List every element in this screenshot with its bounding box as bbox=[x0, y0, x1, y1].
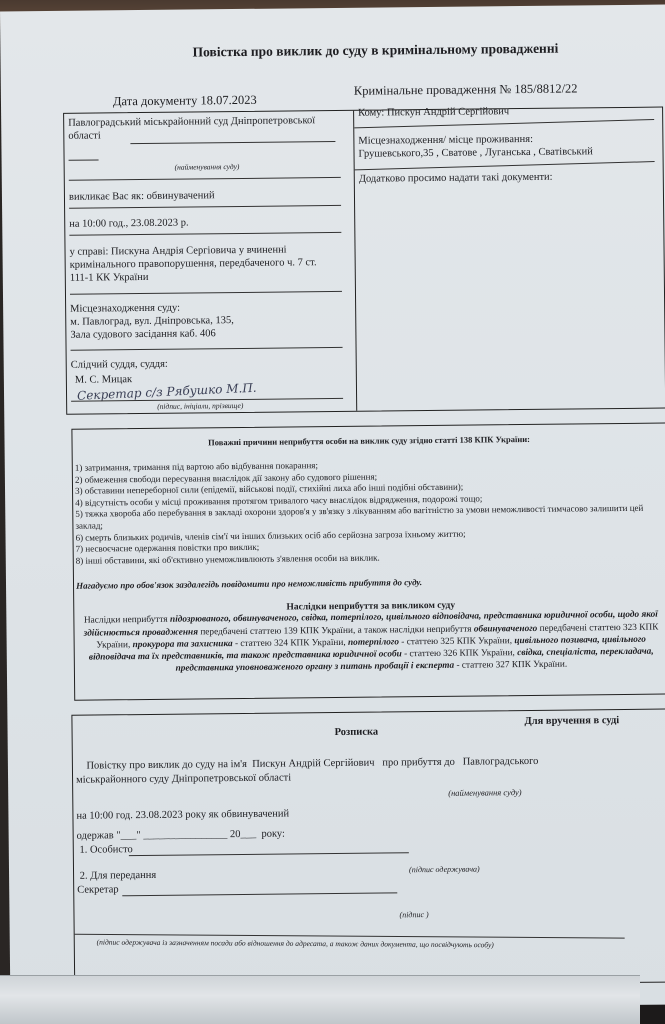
receipt-datetime: на 10:00 год. 23.08.2023 року як обвинув… bbox=[76, 804, 636, 823]
document-date: Дата документу 18.07.2023 bbox=[113, 93, 257, 110]
divider bbox=[69, 177, 341, 181]
recipient-column: Кому: Пискун Андрій Сергійович Місцезнах… bbox=[354, 108, 665, 411]
summoned-as: викликає Вас як: обвинувачений bbox=[69, 188, 336, 204]
divider bbox=[71, 347, 343, 351]
reasons-list: 1) затримання, тримання під вартою або в… bbox=[75, 457, 665, 568]
receipt-title: Розписка bbox=[335, 727, 379, 738]
reminder-note: Нагадуємо про обов'язок заздалегідь пові… bbox=[76, 575, 665, 591]
judge-label: Слідчий суддя, суддя: bbox=[71, 356, 338, 372]
consequence-text: - статтею 325 КПК України, bbox=[399, 636, 515, 647]
recipient-residence: Місцезнаходження/ місце проживання: Груш… bbox=[358, 132, 658, 161]
court-location: Місцезнаходження суду: м. Павлоград, вул… bbox=[70, 300, 337, 342]
case-number: Кримінальне провадження № 185/8812/22 bbox=[354, 81, 578, 98]
court-details-column: Павлоградський міськрайонний суд Дніпроп… bbox=[64, 111, 357, 414]
consequence-emphasis: обвинуваченого bbox=[474, 623, 538, 634]
divider bbox=[69, 205, 341, 209]
hearing-datetime: на 10:00 год., 23.08.2023 р. bbox=[69, 215, 336, 231]
consequence-text: передбачені статтею 139 КПК України, а т… bbox=[198, 624, 474, 637]
divider bbox=[70, 291, 342, 295]
consequence-emphasis: прокурора та захисника bbox=[133, 639, 233, 650]
recipient-name: Кому: Пискун Андрій Сергійович bbox=[358, 104, 644, 120]
document-title: Повістка про виклик до суду в кримінальн… bbox=[165, 40, 585, 60]
signature-caption: (підпис, ініціали, прізвище) bbox=[157, 401, 243, 411]
documents-request: Додатково просимо надати такі документи: bbox=[359, 170, 645, 186]
consequence-emphasis: потерпілого bbox=[348, 637, 399, 648]
residence-value: Грушевського,35 , Сватове , Луганська , … bbox=[358, 145, 658, 161]
location-room: Зала судового засідання каб. 406 bbox=[70, 326, 337, 342]
absence-reasons-box: Поважні причини неприбуття особи на викл… bbox=[71, 423, 665, 701]
summons-page: Повістка про виклик до суду в кримінальн… bbox=[0, 5, 665, 1012]
divider bbox=[355, 161, 655, 170]
divider bbox=[69, 232, 341, 236]
case-line: 111-1 КК України bbox=[70, 269, 337, 285]
court-name-line1: Павлоградський міськрайонний суд Дніпроп… bbox=[68, 114, 335, 130]
secretary-signature-caption: (підпис ) bbox=[399, 910, 428, 919]
case-description: у справі: Пискуна Андрія Сергіовича у вч… bbox=[69, 243, 336, 285]
court-caption: (найменування суду) bbox=[175, 162, 240, 172]
consequences-text: Наслідки неприбуття підозрюваного, обвин… bbox=[74, 609, 665, 676]
footer-caption: (підпис одержувача із зазначенням посади… bbox=[97, 938, 494, 950]
for-court-delivery: Для вручення в суді bbox=[524, 715, 619, 727]
consequence-text: - статтею 326 КПК України, bbox=[402, 648, 518, 659]
receipt-court-caption: (найменування суду) bbox=[448, 787, 521, 798]
reasons-title: Поважні причини неприбуття особи на викл… bbox=[72, 433, 665, 449]
receipt-box: Для вручення в суді Розписка Повістку пр… bbox=[71, 709, 665, 989]
consequence-text: - статтею 324 КПК України, bbox=[233, 638, 349, 649]
paper-fold bbox=[0, 975, 640, 1024]
divider bbox=[354, 119, 654, 128]
consequence-text: - статтею 327 КПК України. bbox=[454, 660, 567, 671]
court-name: Павлоградський міськрайонний суд Дніпроп… bbox=[68, 114, 335, 143]
court-name-underline-2 bbox=[69, 159, 99, 160]
summons-details-box: Павлоградський міськрайонний суд Дніпроп… bbox=[63, 107, 665, 415]
consequence-text: Наслідки неприбуття bbox=[84, 615, 170, 626]
